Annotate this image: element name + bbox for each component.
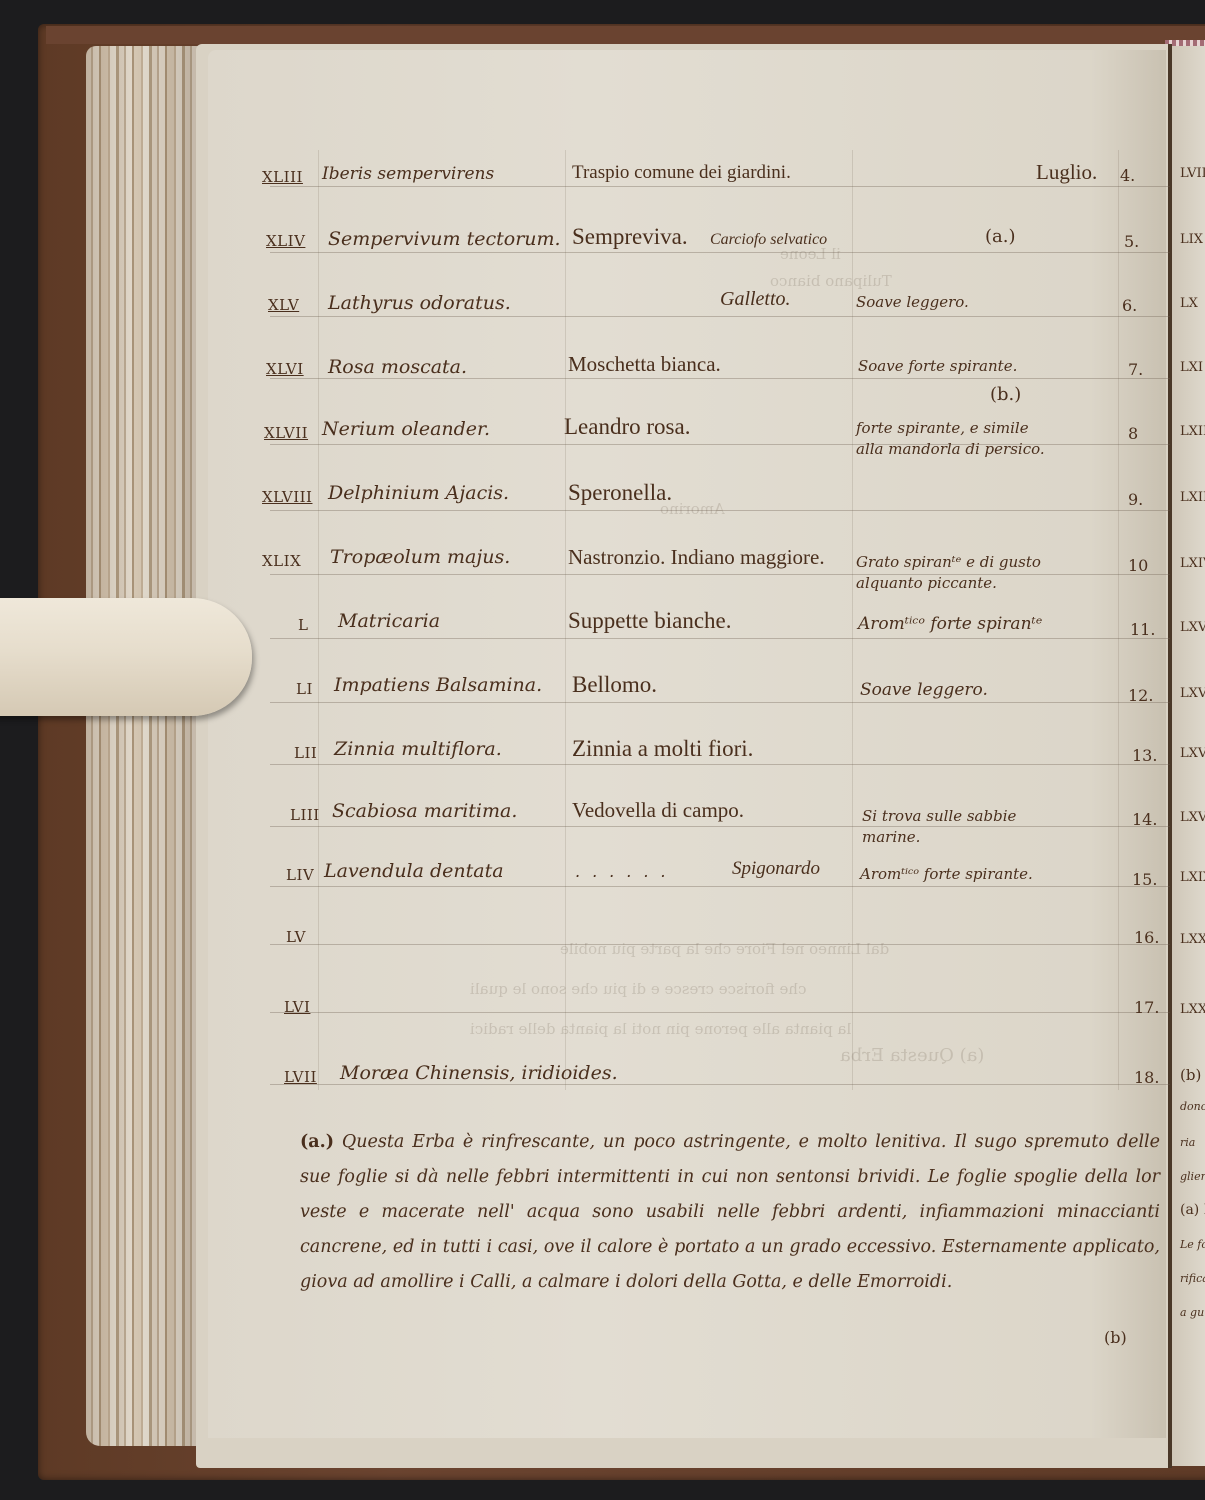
- footnote: (a.) Questa Erba è rinfrescante, un poco…: [300, 1125, 1160, 1300]
- common-name: Nastronzio. Indiano maggiore.: [568, 544, 848, 570]
- continuation-ref: (b): [1104, 1328, 1127, 1347]
- footnote-ref[interactable]: (a.): [985, 226, 1016, 247]
- roman-numeral: LV: [286, 928, 306, 946]
- adjacent-roman: LXXI: [1180, 1002, 1205, 1017]
- roman-numeral: XLVII: [264, 424, 308, 442]
- note: forte spirante, e simile alla mandorla d…: [856, 418, 1046, 460]
- latin-name: Matricaria: [338, 610, 440, 632]
- note: Aromᵗⁱᶜᵒ forte spirante.: [860, 864, 1033, 885]
- latin-name: Sempervivum tectorum.: [328, 228, 561, 250]
- common-name: Moschetta bianca.: [568, 352, 721, 377]
- adjacent-roman: LXII: [1180, 424, 1205, 439]
- adjacent-fragment: (a) I: [1180, 1202, 1205, 1218]
- note: Soave leggero.: [860, 680, 988, 701]
- common-name: Spigonardo: [732, 858, 820, 880]
- adjacent-roman: LIX: [1180, 232, 1203, 247]
- adjacent-roman: LVIII: [1180, 166, 1205, 181]
- common-name: Zinnia a molti fiori.: [572, 736, 753, 762]
- roman-numeral: L: [298, 616, 308, 634]
- roman-numeral: LIII: [290, 806, 320, 824]
- common-name: Bellomo.: [572, 672, 657, 698]
- common-name: Suppette bianche.: [568, 608, 732, 634]
- adjacent-fragment: a gu: [1180, 1306, 1204, 1319]
- roman-numeral: LIV: [286, 866, 314, 884]
- common-name: Traspio comune dei giardini.: [572, 162, 791, 184]
- note: Luglio.: [1036, 160, 1097, 185]
- latin-name: Zinnia multiflora.: [334, 738, 502, 760]
- latin-name: Rosa moscata.: [328, 356, 467, 378]
- note: Aromᵗⁱᶜᵒ forte spiranᵗᵉ: [858, 614, 1042, 635]
- adjacent-roman: LXX: [1180, 932, 1205, 947]
- adjacent-fragment: ria: [1180, 1136, 1195, 1149]
- cover-top-edge: [46, 26, 1205, 44]
- roman-numeral: XLIII: [262, 168, 303, 186]
- common-name: Leandro rosa.: [564, 414, 690, 440]
- index-number: 10: [1128, 556, 1148, 575]
- index-number: 14.: [1132, 810, 1157, 829]
- roman-numeral: XLIV: [266, 232, 305, 250]
- adjacent-roman: LXI: [1180, 360, 1203, 375]
- common-name: Vedovella di campo.: [572, 798, 744, 823]
- roman-numeral: LII: [294, 744, 317, 762]
- adjacent-roman: LXVIII: [1180, 810, 1205, 825]
- adjacent-roman: LXV: [1180, 620, 1205, 635]
- index-number: 4.: [1120, 166, 1135, 185]
- index-number: 6.: [1122, 296, 1137, 315]
- common-name: Speronella.: [568, 480, 672, 506]
- latin-name: Delphinium Ajacis.: [328, 482, 509, 504]
- adjacent-fragment: rifica: [1180, 1272, 1205, 1285]
- note: Soave leggero.: [856, 292, 969, 313]
- dotted-leader: ......: [575, 862, 678, 881]
- index-number: 8: [1128, 424, 1138, 443]
- footnote-text: Questa Erba è rinfrescante, un poco astr…: [300, 1132, 1160, 1292]
- adjacent-roman: LX: [1180, 296, 1198, 311]
- roman-numeral: LVII: [284, 1068, 317, 1086]
- common-name: Sempreviva.: [572, 224, 688, 250]
- adjacent-fragment: donc: [1180, 1100, 1205, 1113]
- roman-numeral: XLVIII: [262, 488, 312, 506]
- adjacent-fragment: Le fo: [1180, 1238, 1205, 1251]
- footnote-marker: (a.): [300, 1132, 334, 1152]
- latin-name: Iberis sempervirens: [322, 164, 494, 184]
- footnote-ref[interactable]: (b.): [990, 384, 1021, 405]
- index-number: 11.: [1130, 620, 1155, 639]
- latin-name: Nerium oleander.: [322, 418, 490, 440]
- index-number: 16.: [1134, 928, 1159, 947]
- roman-numeral: XLVI: [266, 360, 304, 378]
- index-number: 15.: [1132, 870, 1157, 889]
- adjacent-fragment: (b): [1180, 1066, 1201, 1084]
- index-number: 7.: [1128, 360, 1143, 379]
- latin-name: Scabiosa maritima.: [332, 800, 517, 822]
- index-number: 17.: [1134, 998, 1159, 1017]
- roman-numeral: LVI: [284, 998, 310, 1016]
- latin-name: Lavendula dentata: [324, 860, 504, 882]
- index-number: 5.: [1124, 232, 1139, 251]
- common-name: Galletto.: [720, 288, 791, 311]
- latin-name: Tropæolum majus.: [330, 546, 510, 568]
- index-number: 12.: [1128, 686, 1153, 705]
- latin-name: Moræa Chinensis, iridioides.: [340, 1062, 618, 1084]
- adjacent-roman: LXVII: [1180, 746, 1205, 761]
- adjacent-roman: LXVI: [1180, 686, 1205, 701]
- index-number: 18.: [1134, 1068, 1159, 1087]
- adjacent-roman: LXIII: [1180, 490, 1205, 505]
- common-name-alt: Carciofo selvatico: [710, 231, 827, 249]
- latin-name: Impatiens Balsamina.: [334, 674, 542, 696]
- note: Si trova sulle sabbie marine.: [862, 806, 1042, 848]
- adjacent-roman: LXIX: [1180, 870, 1205, 885]
- roman-numeral: XLV: [268, 296, 299, 314]
- roman-numeral: LI: [296, 680, 313, 698]
- adjacent-fragment: glien: [1180, 1170, 1205, 1183]
- roman-numeral: XLIX: [262, 552, 301, 570]
- index-number: 13.: [1132, 746, 1157, 765]
- index-number: 9.: [1128, 490, 1143, 509]
- note: Soave forte spirante.: [858, 356, 1017, 377]
- adjacent-roman: LXIV: [1180, 556, 1205, 571]
- note: Grato spiranᵗᵉ e di gusto alquanto picca…: [856, 552, 1046, 594]
- latin-name: Lathyrus odoratus.: [328, 292, 511, 314]
- bone-folder-bookmark: [0, 598, 252, 716]
